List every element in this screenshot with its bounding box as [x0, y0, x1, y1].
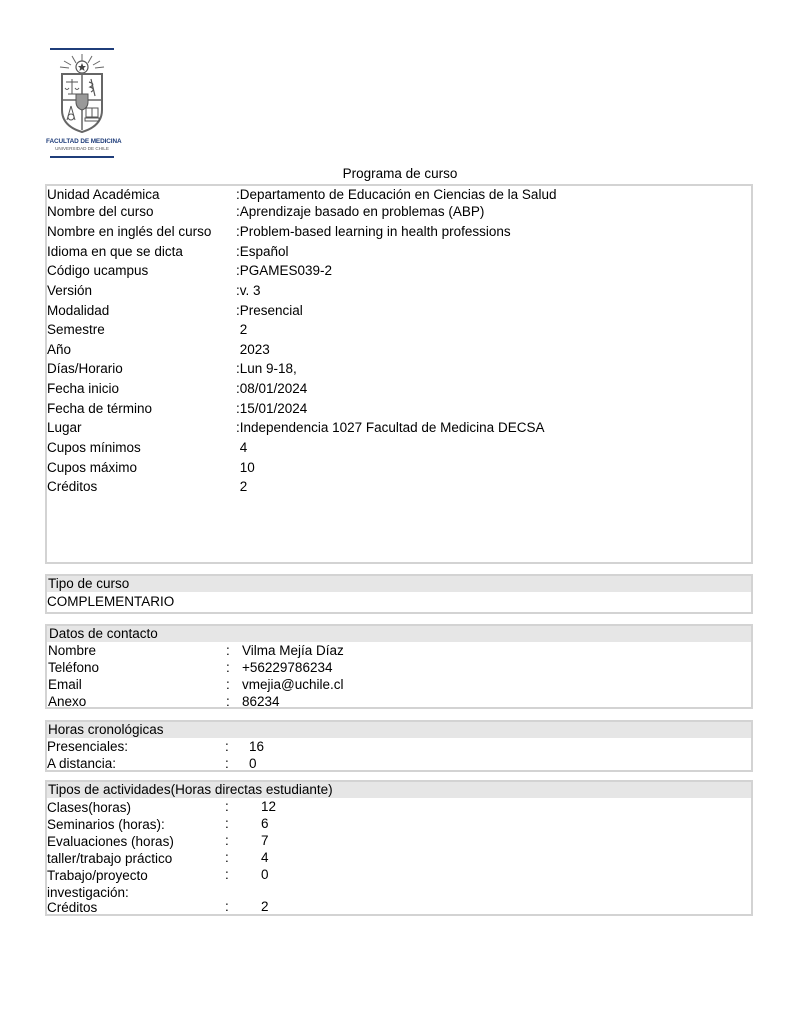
- contact-email-link[interactable]: vmejia@uchile.cl: [242, 677, 344, 692]
- info-label: Créditos: [47, 479, 97, 494]
- contact-label: Anexo: [48, 694, 86, 709]
- info-value: :v. 3: [236, 283, 261, 298]
- info-value: :15/01/2024: [236, 401, 307, 416]
- course-type-section: Tipo de curso COMPLEMENTARIO: [45, 574, 753, 614]
- activity-value: 2: [261, 899, 269, 914]
- section-header: Tipos de actividades(Horas directas estu…: [47, 782, 751, 798]
- info-label: Código ucampus: [47, 263, 148, 278]
- info-label: Cupos máximo: [47, 460, 137, 475]
- info-label: Lugar: [47, 420, 82, 435]
- activity-label: Evaluaciones (horas): [47, 833, 217, 850]
- contact-value: Vilma Mejía Díaz: [242, 643, 344, 658]
- separator: :: [225, 833, 229, 848]
- info-value: 10: [236, 460, 255, 475]
- separator: :: [226, 643, 230, 658]
- info-value: 2: [236, 322, 247, 337]
- contact-label: Email: [48, 677, 82, 692]
- faculty-logo: FACULTAD DE MEDICINA UNIVERSIDAD DE CHIL…: [46, 46, 118, 160]
- activity-types-section: Tipos de actividades(Horas directas estu…: [45, 780, 753, 916]
- info-value: :Departamento de Educación en Ciencias d…: [236, 187, 556, 202]
- university-crest-icon: [56, 52, 108, 136]
- hours-label: Presenciales:: [47, 739, 128, 754]
- contact-section: Datos de contacto Nombre : Vilma Mejía D…: [45, 624, 753, 709]
- info-label: Nombre del curso: [47, 204, 154, 219]
- info-label: Año: [47, 342, 71, 357]
- separator: :: [225, 899, 229, 914]
- info-label: Versión: [47, 283, 92, 298]
- info-label: Días/Horario: [47, 361, 123, 376]
- separator: :: [225, 850, 229, 865]
- logo-bottom-rule: [50, 156, 114, 158]
- hours-value: 16: [249, 739, 264, 754]
- document-title: Programa de curso: [0, 166, 800, 181]
- activity-label: Créditos: [47, 899, 217, 916]
- course-general-info: Unidad Académica :Departamento de Educac…: [45, 184, 753, 564]
- faculty-name: FACULTAD DE MEDICINA: [46, 138, 118, 145]
- info-label: Fecha de término: [47, 401, 152, 416]
- activity-value: 6: [261, 816, 269, 831]
- activity-value: 0: [261, 867, 269, 882]
- info-label: Unidad Académica: [47, 187, 160, 202]
- activity-label: Seminarios (horas):: [47, 816, 217, 833]
- info-value: 2: [236, 479, 247, 494]
- separator: :: [226, 660, 230, 675]
- separator: :: [226, 677, 230, 692]
- hours-label: A distancia:: [47, 756, 116, 771]
- university-name: UNIVERSIDAD DE CHILE: [46, 146, 118, 151]
- info-value: :PGAMES039-2: [236, 263, 332, 278]
- separator: :: [225, 816, 229, 831]
- info-label: Cupos mínimos: [47, 440, 141, 455]
- separator: :: [225, 756, 229, 771]
- contact-value: 86234: [242, 694, 280, 709]
- info-value: 2023: [236, 342, 270, 357]
- info-value: :08/01/2024: [236, 381, 307, 396]
- separator: :: [226, 694, 230, 709]
- section-header: Datos de contacto: [47, 626, 751, 642]
- info-value: :Presencial: [236, 303, 303, 318]
- contact-label: Teléfono: [48, 660, 99, 675]
- info-label: Fecha inicio: [47, 381, 119, 396]
- separator: :: [225, 799, 229, 814]
- activity-value: 7: [261, 833, 269, 848]
- info-value: 4: [236, 440, 247, 455]
- hours-value: 0: [249, 756, 257, 771]
- activity-value: 12: [261, 799, 276, 814]
- activity-label: Clases(horas): [47, 799, 217, 816]
- info-value: :Aprendizaje basado en problemas (ABP): [236, 204, 484, 219]
- course-type-value: COMPLEMENTARIO: [47, 592, 751, 610]
- separator: :: [225, 867, 229, 882]
- info-label: Nombre en inglés del curso: [47, 224, 211, 239]
- activity-label: taller/trabajo práctico: [47, 850, 217, 867]
- chronological-hours-section: Horas cronológicas Presenciales: : 16 A …: [45, 720, 753, 772]
- section-header: Tipo de curso: [47, 576, 751, 592]
- info-label: Modalidad: [47, 303, 109, 318]
- contact-value: +56229786234: [242, 660, 332, 675]
- info-label: Semestre: [47, 322, 105, 337]
- info-value: :Lun 9-18,: [236, 361, 297, 376]
- info-value: :Problem-based learning in health profes…: [236, 224, 511, 239]
- info-value: :Español: [236, 244, 289, 259]
- info-label: Idioma en que se dicta: [47, 244, 183, 259]
- activity-value: 4: [261, 850, 269, 865]
- contact-label: Nombre: [48, 643, 96, 658]
- activity-label: Trabajo/proyecto investigación:: [47, 867, 157, 901]
- info-value: :Independencia 1027 Facultad de Medicina…: [236, 420, 544, 435]
- separator: :: [225, 739, 229, 754]
- section-header: Horas cronológicas: [47, 722, 751, 738]
- logo-top-rule: [50, 48, 114, 50]
